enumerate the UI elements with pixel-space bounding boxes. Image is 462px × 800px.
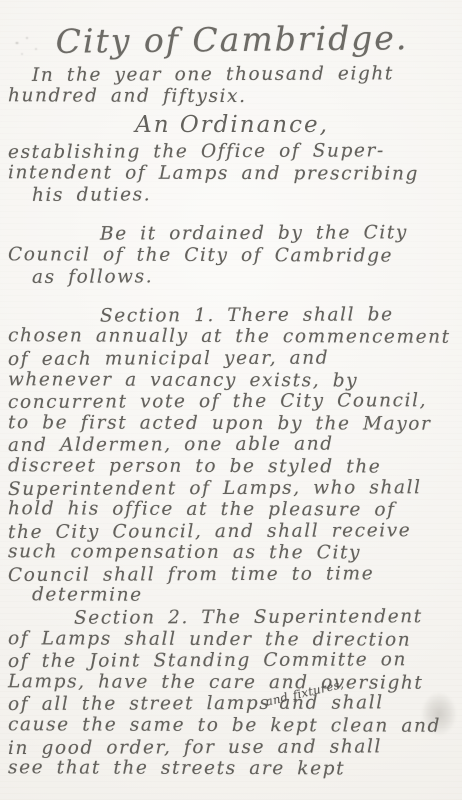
manuscript-line: discreet person to be styled the [8, 455, 456, 478]
manuscript-line: Section 1. There shall be [8, 304, 456, 328]
manuscript-text: City of Cambridge. In the year one thous… [0, 0, 462, 780]
document-title: City of Cambridge. [8, 16, 456, 65]
manuscript-line: the City Council, and shall receive [8, 520, 456, 544]
ordinance-heading: An Ordinance, [8, 110, 456, 140]
manuscript-line: in good order, for use and shall [8, 736, 456, 760]
manuscript-line: such compensation as the City [8, 541, 456, 564]
manuscript-line: concurrent vote of the City Council, [8, 390, 456, 414]
manuscript-line: chosen annually at the commencement [8, 326, 456, 349]
manuscript-line: his duties. [8, 183, 456, 207]
manuscript-line: Be it ordained by the City [8, 222, 456, 246]
ordinance-subtitle: establishing the Office of Super- intend… [8, 141, 456, 206]
manuscript-line: Superintendent of Lamps, who shall [8, 477, 456, 501]
manuscript-line: hold his office at the pleasure of [8, 498, 456, 521]
manuscript-line: establishing the Office of Super- [8, 140, 456, 164]
manuscript-line: Lamps, have the care and oversight [8, 671, 456, 694]
manuscript-line: as follows. [8, 265, 456, 289]
manuscript-line: intendent of Lamps and prescribing [8, 162, 456, 185]
preamble: In the year one thousand eight hundred a… [8, 64, 456, 107]
manuscript-line: determine [8, 585, 456, 608]
section-2: Section 2. The Superintendent of Lamps s… [8, 607, 456, 780]
manuscript-line: of each municipal year, and [8, 347, 456, 371]
manuscript-line: of the Joint Standing Committe on [8, 649, 456, 673]
manuscript-line: to be first acted upon by the Mayor [8, 412, 456, 435]
manuscript-line: hundred and fiftysix. [8, 85, 456, 108]
manuscript-line: see that the streets are kept [8, 757, 456, 780]
enactment-clause: Be it ordained by the City Council of th… [8, 223, 456, 288]
manuscript-line: In the year one thousand eight [8, 63, 456, 87]
manuscript-line: Council shall from time to time [8, 563, 456, 587]
line-segment: of all the street lamps [8, 693, 270, 715]
manuscript-line: and Aldermen, one able and [8, 433, 456, 457]
scanned-manuscript-page: City of Cambridge. In the year one thous… [0, 0, 462, 800]
manuscript-line: of Lamps shall under the direction [8, 628, 456, 651]
manuscript-line: whenever a vacancy exists, by [8, 369, 456, 392]
manuscript-line: cause the same to be kept clean and [8, 714, 456, 737]
section-1: Section 1. There shall be chosen annuall… [8, 305, 456, 607]
manuscript-line-with-insertion: of all the street lampsand fixtures,and … [8, 692, 456, 716]
manuscript-line: Section 2. The Superintendent [8, 606, 456, 630]
manuscript-line: Council of the City of Cambridge [8, 244, 456, 267]
